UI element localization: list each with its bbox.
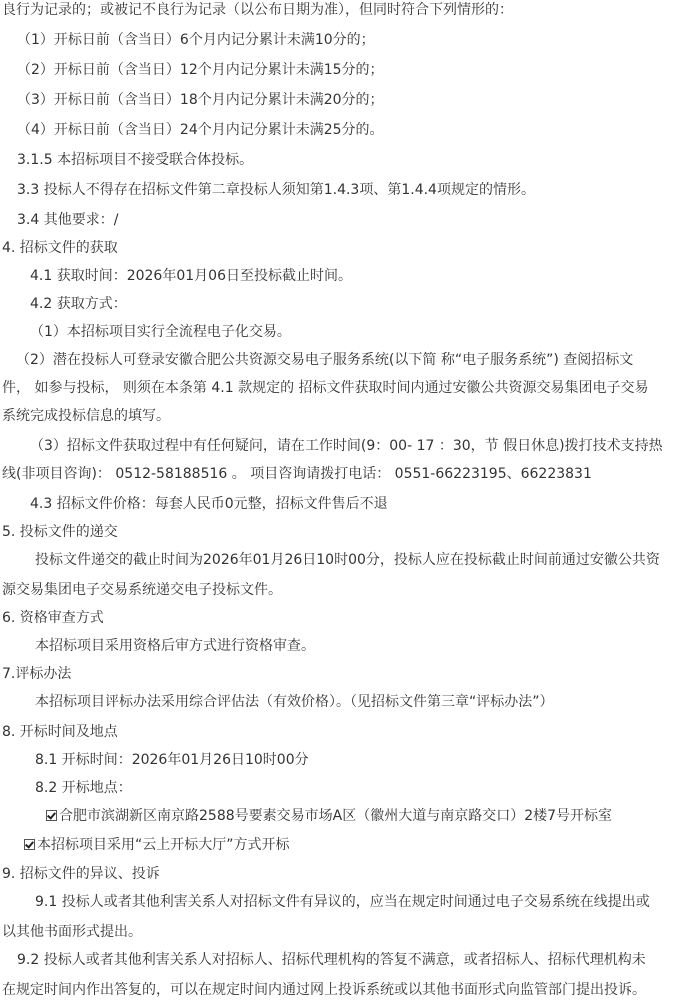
text-line: （1）本招标项目实行全流程电子化交易。 [30, 322, 291, 342]
section-heading: 4. 招标文件的获取 [2, 238, 118, 258]
text-line: 3.4 其他要求：/ [17, 210, 118, 230]
text-line: 源交易集团电子交易系统递交电子投标文件。 [2, 580, 282, 600]
text-line: 8.2 开标地点： [35, 778, 132, 798]
text-line: （3）招标文件获取过程中有任何疑问，请在工作时间(9：00- 17 ：30，节 … [30, 436, 663, 456]
checkbox-item-cloud-opening: 本招标项目采用“云上开标大厅”方式开标 [24, 835, 290, 855]
text-line: （3）开标日前（含当日）18个月内记分累计未满20分的； [17, 90, 384, 110]
document-page: 良行为记录的；或被记不良行为记录（以公布日期为准），但同时符合下列情形的： （1… [0, 0, 678, 1001]
checkbox-checked-icon[interactable] [46, 810, 57, 821]
text-line: （2）潜在投标人可登录安徽合肥公共资源交易电子服务系统(以下简 称“电子服务系统… [16, 350, 633, 370]
text-line: 9.2 投标人或者其他利害关系人对招标人、招标代理机构的答复不满意，或者招标人、… [17, 950, 646, 970]
text-line: 4.3 招标文件价格：每套人民币0元整，招标文件售后不退 [30, 494, 388, 514]
text-line: 4.1 获取时间：2026年01月06日至投标截止时间。 [30, 266, 352, 286]
text-line: 投标文件递交的截止时间为2026年01月26日10时00分，投标人应在投标截止时… [35, 550, 660, 570]
text-line: 9.1 投标人或者其他利害关系人对招标文件有异议的，应当在规定时间通过电子交易系… [35, 892, 650, 912]
text-line: （2）开标日前（含当日）12个月内记分累计未满15分的； [17, 60, 384, 80]
text-line: （4）开标日前（含当日）24个月内记分累计未满25分的。 [17, 120, 384, 140]
text-line: 件， 如参与投标， 则须在本条第 4.1 款规定的 招标文件获取时间内通过安徽公… [2, 378, 649, 398]
section-heading: 7.评标办法 [2, 664, 71, 684]
checkbox-checked-icon[interactable] [24, 839, 35, 850]
text-line: 4.2 获取方式： [30, 294, 127, 314]
text-line: （1）开标日前（含当日）6个月内记分累计未满10分的； [17, 30, 375, 50]
section-heading: 8. 开标时间及地点 [2, 722, 118, 742]
text-line: 本招标项目评标办法采用综合评估法（有效价格）。（见招标文件第三章“评标办法”） [35, 692, 554, 712]
text-line: 在规定时间内作出答复的，可以在规定时间内通过网上投诉系统或以其他书面形式向监管部… [2, 980, 646, 1000]
checkbox-label: 合肥市滨湖新区南京路2588号要素交易市场A区（徽州大道与南京路交口）2楼7号开… [59, 808, 612, 824]
text-line: 3.1.5 本招标项目不接受联合体投标。 [17, 150, 253, 170]
text-line: 以其他书面形式提出。 [2, 922, 142, 942]
text-line: 本招标项目采用资格后审方式进行资格审查。 [35, 636, 315, 656]
section-heading: 5. 投标文件的递交 [2, 522, 118, 542]
text-line: 线(非项目咨询)： 0512-58188516 。 项目咨询请拨打电话： 055… [2, 464, 592, 484]
text-line: 系统完成投标信息的填写。 [2, 406, 170, 426]
section-heading: 6. 资格审查方式 [2, 608, 104, 628]
section-heading: 9. 招标文件的异议、投诉 [2, 864, 160, 884]
checkbox-item-venue: 合肥市滨湖新区南京路2588号要素交易市场A区（徽州大道与南京路交口）2楼7号开… [46, 806, 612, 826]
checkbox-label: 本招标项目采用“云上开标大厅”方式开标 [37, 837, 290, 853]
text-line: 良行为记录的；或被记不良行为记录（以公布日期为准），但同时符合下列情形的： [2, 0, 513, 20]
text-line: 3.3 投标人不得存在招标文件第二章投标人须知第1.4.3项、第1.4.4项规定… [17, 180, 535, 200]
text-line: 8.1 开标时间：2026年01月26日10时00分 [35, 750, 309, 770]
